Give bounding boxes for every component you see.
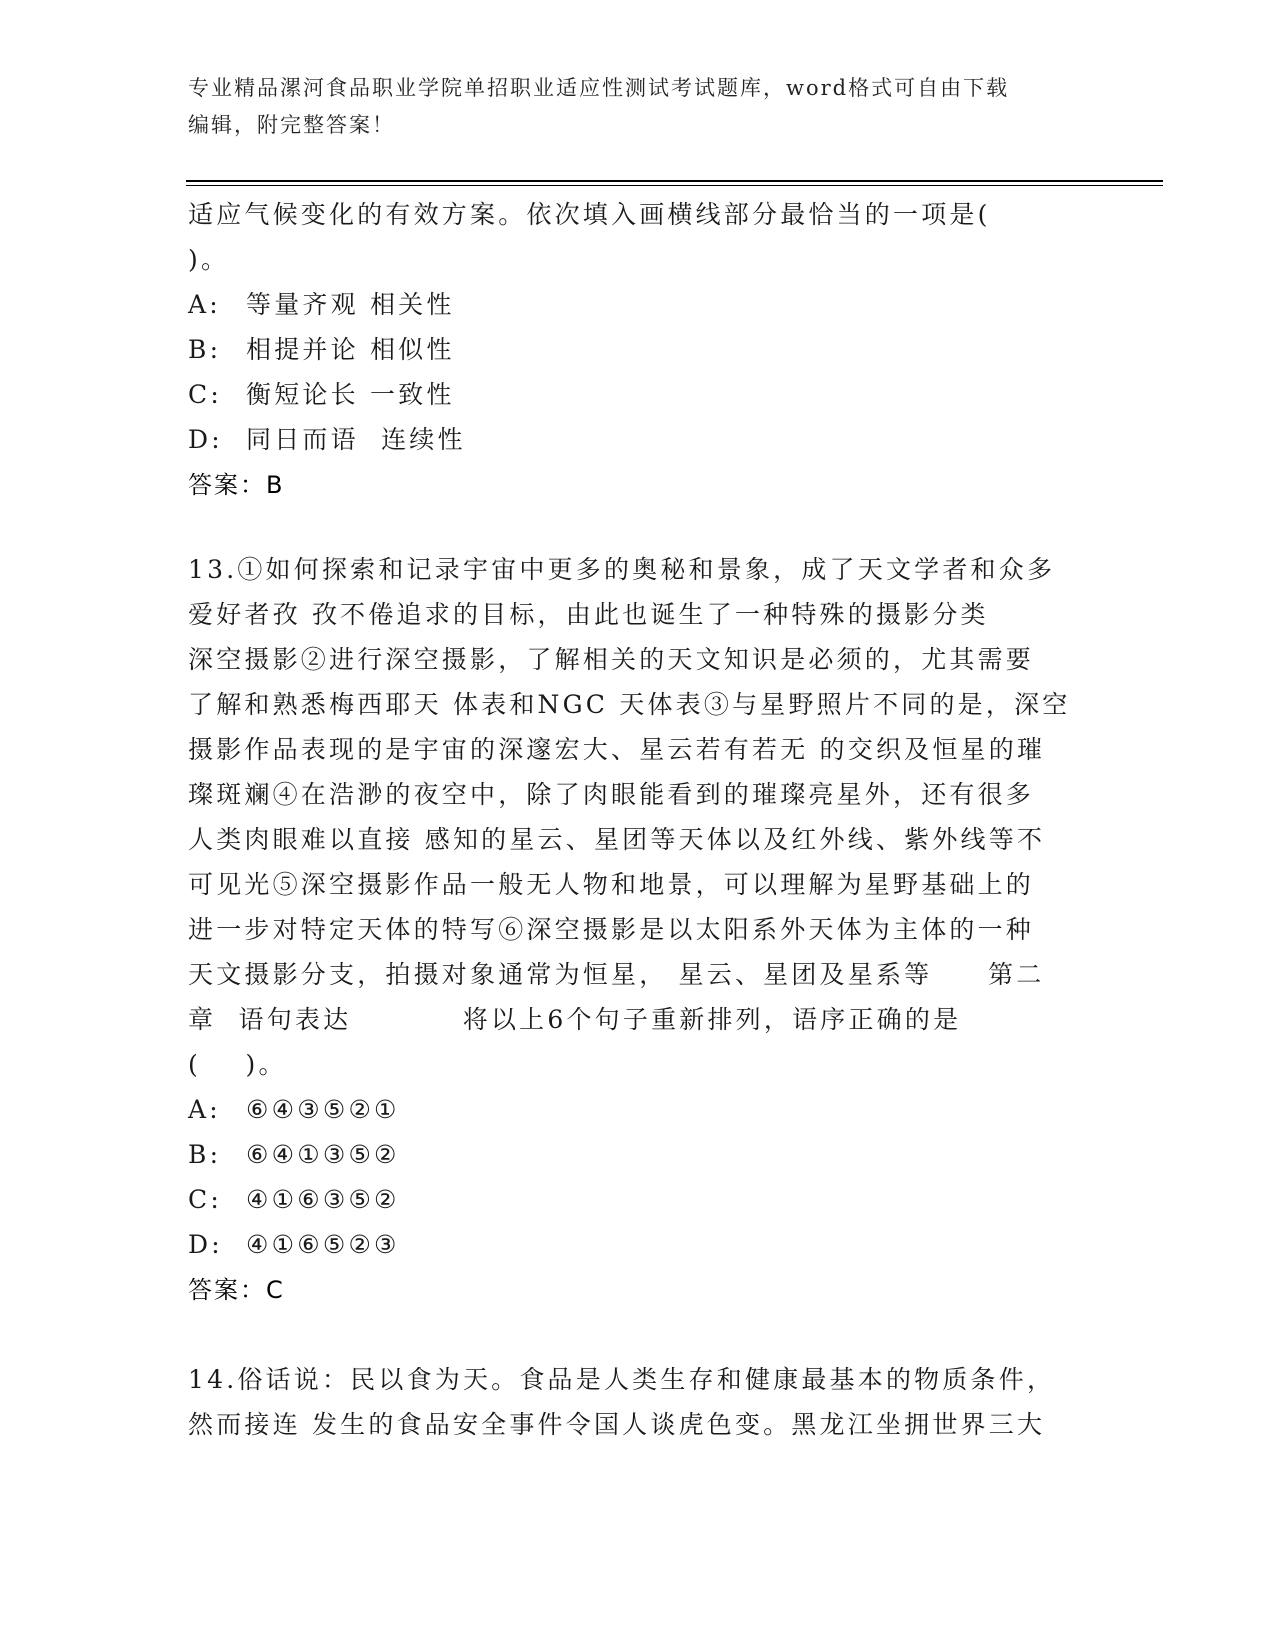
q13-answer: 答案：C xyxy=(188,1275,285,1305)
header-divider-thick xyxy=(186,180,1163,182)
q13-option-c: C:④①⑥③⑤② xyxy=(188,1185,400,1215)
header-title-line-2: 编辑，附完整答案！ xyxy=(188,112,395,138)
q12-stem-line-2: )。 xyxy=(188,245,229,275)
q12-option-d: D:同日而语 连续性 xyxy=(188,425,466,455)
q12-option-d-text: 同日而语 连续性 xyxy=(246,425,466,454)
q13-stem-line-8: 可见光⑤深空摄影作品一般无人物和地景，可以理解为星野基础上的 xyxy=(188,870,1034,900)
q12-option-a-label: A: xyxy=(188,290,246,320)
q13-option-c-text: ④①⑥③⑤② xyxy=(246,1185,400,1214)
q14-stem-line-2: 然而接连 发生的食品安全事件令国人谈虎色变。黑龙江坐拥世界三大 xyxy=(188,1410,1045,1440)
q12-option-b: B:相提并论 相似性 xyxy=(188,335,455,365)
q13-option-d-text: ④①⑥⑤②③ xyxy=(246,1230,400,1259)
q12-option-c: C:衡短论长 一致性 xyxy=(188,380,455,410)
q13-stem-line-4: 了解和熟悉梅西耶天 体表和NGC 天体表③与星野照片不同的是，深空 xyxy=(188,690,1070,720)
q13-option-a-text: ⑥④③⑤②① xyxy=(246,1095,400,1124)
q12-option-c-text: 衡短论长 一致性 xyxy=(246,380,455,409)
q12-option-a-text: 等量齐观 相关性 xyxy=(246,290,455,319)
q13-stem-line-10: 天文摄影分支，拍摄对象通常为恒星， 星云、星团及星系等 第二 xyxy=(188,960,1044,990)
q12-option-b-text: 相提并论 相似性 xyxy=(246,335,455,364)
q13-option-a-label: A: xyxy=(188,1095,246,1125)
q13-option-b-label: B: xyxy=(188,1140,246,1170)
q13-stem-line-9: 进一步对特定天体的特写⑥深空摄影是以太阳系外天体为主体的一种 xyxy=(188,915,1034,945)
q13-option-c-label: C: xyxy=(188,1185,246,1215)
q13-option-b: B:⑥④①③⑤② xyxy=(188,1140,400,1170)
q14-stem-line-1: 14.俗话说：民以食为天。食品是人类生存和健康最基本的物质条件， xyxy=(188,1365,1055,1395)
header-divider-thin xyxy=(186,185,1163,186)
q13-stem-line-3: 深空摄影②进行深空摄影，了解相关的天文知识是必须的，尤其需要 xyxy=(188,645,1034,675)
q13-stem-line-7: 人类肉眼难以直接 感知的星云、星团等天体以及红外线、紫外线等不 xyxy=(188,825,1045,855)
q13-option-d: D:④①⑥⑤②③ xyxy=(188,1230,400,1260)
q13-stem-line-1: 13.①如何探索和记录宇宙中更多的奥秘和景象，成了天文学者和众多 xyxy=(188,555,1055,585)
q12-answer: 答案：B xyxy=(188,470,284,500)
q12-stem-line-1: 适应气候变化的有效方案。依次填入画横线部分最恰当的一项是( xyxy=(188,200,991,230)
q12-option-c-label: C: xyxy=(188,380,246,410)
q13-stem-line-11: 章 语句表达 将以上6个句子重新排列，语序正确的是 xyxy=(188,1005,961,1035)
q13-option-b-text: ⑥④①③⑤② xyxy=(246,1140,400,1169)
q13-stem-line-5: 摄影作品表现的是宇宙的深邃宏大、星云若有若无 的交织及恒星的璀 xyxy=(188,735,1045,765)
q12-option-d-label: D: xyxy=(188,425,246,455)
q13-option-d-label: D: xyxy=(188,1230,246,1260)
q13-option-a: A:⑥④③⑤②① xyxy=(188,1095,400,1125)
q12-option-b-label: B: xyxy=(188,335,246,365)
document-page: 专业精品漯河食品职业学院单招职业适应性测试考试题库，word格式可自由下载 编辑… xyxy=(0,0,1275,1650)
q13-stem-line-2: 爱好者孜 孜不倦追求的目标，由此也诞生了一种特殊的摄影分类 xyxy=(188,600,989,630)
q12-option-a: A:等量齐观 相关性 xyxy=(188,290,455,320)
header-title-line-1: 专业精品漯河食品职业学院单招职业适应性测试考试题库，word格式可自由下载 xyxy=(188,75,1009,101)
q13-stem-line-12: ( )。 xyxy=(188,1050,287,1080)
q13-stem-line-6: 璨斑斓④在浩渺的夜空中，除了肉眼能看到的璀璨亮星外，还有很多 xyxy=(188,780,1034,810)
